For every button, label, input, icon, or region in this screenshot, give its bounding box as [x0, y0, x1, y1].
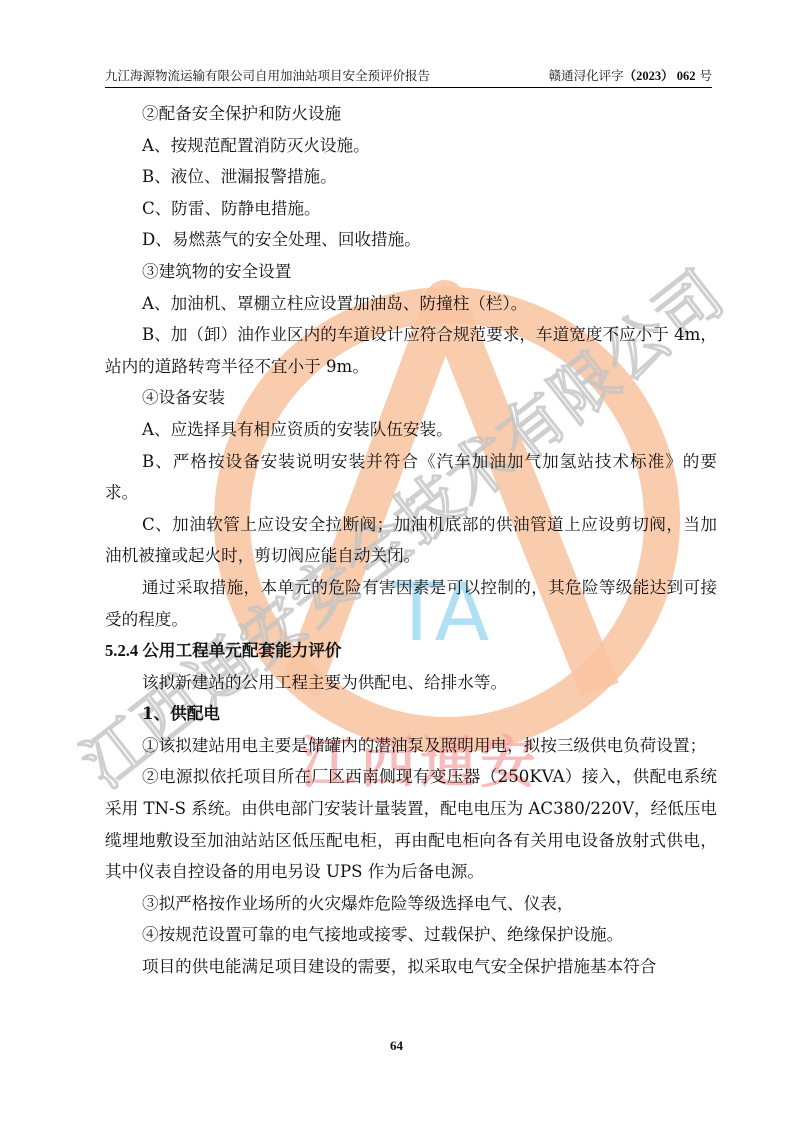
document-page: TA 江西通安 江西通安安全技术有限公司 九江海源物流运输有限公司自用加油站项目… — [0, 0, 793, 1122]
list-item: ③拟严格按作业场所的火灾爆炸危险等级选择电气、仪表， — [105, 888, 717, 920]
paragraph: 该拟新建站的公用工程主要为供配电、给排水等。 — [105, 667, 717, 699]
section-heading: 5.2.4 公用工程单元配套能力评价 — [105, 635, 717, 667]
list-item: A、应选择具有相应资质的安装队伍安装。 — [105, 414, 717, 446]
subsection-heading: ②配备安全保护和防火设施 — [105, 98, 717, 130]
list-item: C、防雷、防静电措施。 — [105, 193, 717, 225]
list-item: ④按规范设置可靠的电气接地或接零、过载保护、绝缘保护设施。 — [105, 919, 717, 951]
list-item: ②电源拟依托项目所在厂区西南侧现有变压器（250KVA）接入，供配电系统采用 T… — [105, 761, 717, 887]
subsection-heading: ③建筑物的安全设置 — [105, 256, 717, 288]
list-item: D、易燃蒸气的安全处理、回收措施。 — [105, 224, 717, 256]
list-item: C、加油软管上应设安全拉断阀；加油机底部的供油管道上应设剪切阀，当加油机被撞或起… — [105, 509, 717, 572]
report-title: 九江海源物流运输有限公司自用加油站项目安全预评价报告 — [105, 66, 430, 86]
list-item: B、严格按设备安装说明安装并符合《汽车加油加气加氢站技术标准》的要求。 — [105, 446, 717, 509]
list-item: ①该拟建站用电主要是储罐内的潜油泵及照明用电，拟按三级供电负荷设置； — [105, 730, 717, 762]
paragraph: 通过采取措施，本单元的危险有害因素是可以控制的，其危险等级能达到可接受的程度。 — [105, 572, 717, 635]
document-body: ②配备安全保护和防火设施 A、按规范配置消防灭火设施。 B、液位、泄漏报警措施。… — [105, 98, 717, 983]
list-item: A、按规范配置消防灭火设施。 — [105, 130, 717, 162]
paragraph: 项目的供电能满足项目建设的需要，拟采取电气安全保护措施基本符合 — [105, 951, 717, 983]
document-code: 赣通浔化评字（2023） 062 号 — [549, 66, 712, 86]
running-header: 九江海源物流运输有限公司自用加油站项目安全预评价报告 赣通浔化评字（2023） … — [105, 66, 712, 88]
subsection-heading: ④设备安装 — [105, 382, 717, 414]
page-number: 64 — [0, 1038, 793, 1054]
list-item: B、液位、泄漏报警措施。 — [105, 161, 717, 193]
list-item: A、加油机、罩棚立柱应设置加油岛、防撞柱（栏）。 — [105, 288, 717, 320]
list-item: B、加（卸）油作业区内的车道设计应符合规范要求，车道宽度不应小于 4m，站内的道… — [105, 319, 717, 382]
subsection-heading-bold: 1、供配电 — [105, 698, 717, 730]
